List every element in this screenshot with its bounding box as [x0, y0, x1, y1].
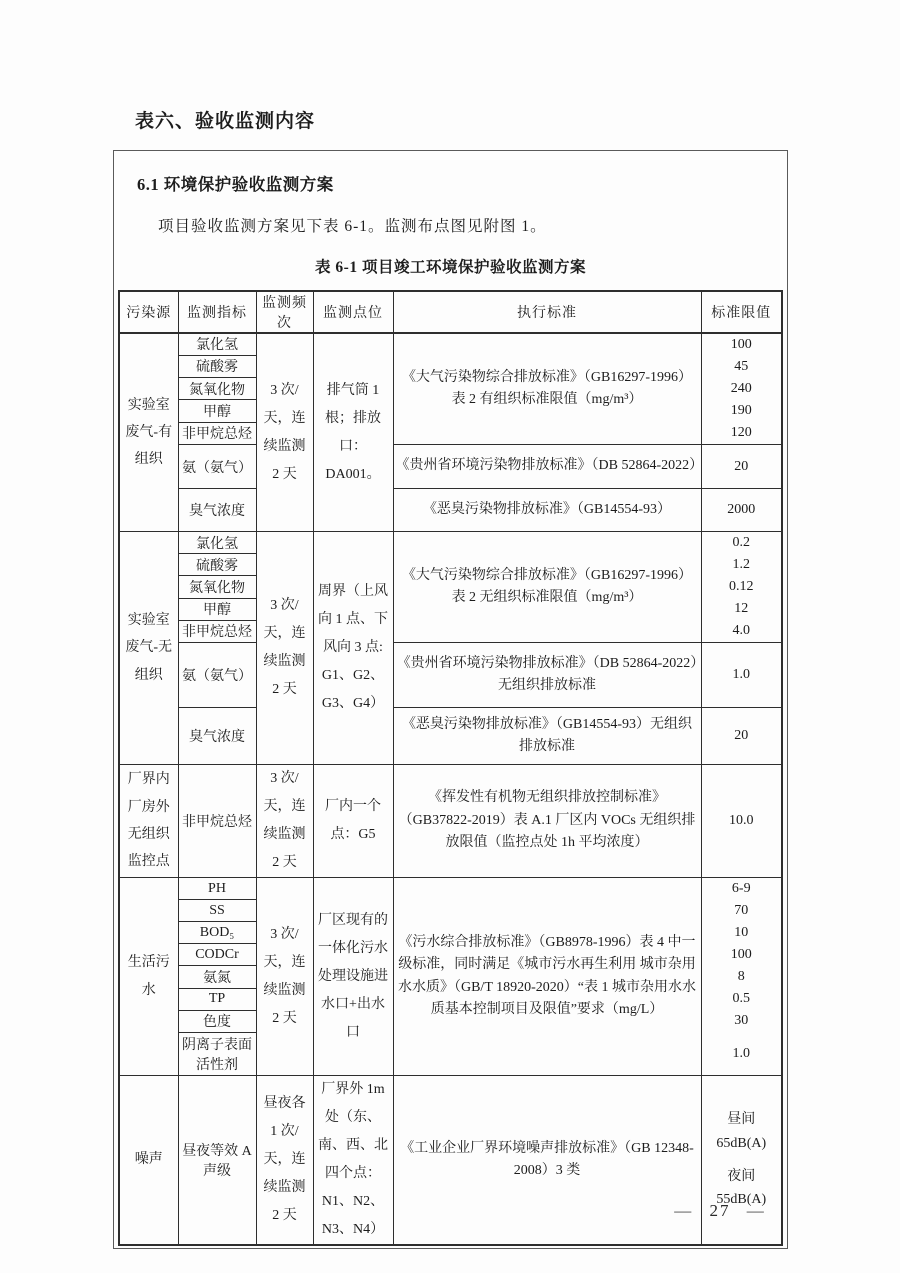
location-cell: 厂区现有的一体化污水处理设施进水口+出水口: [313, 878, 393, 1076]
limit-value: 12: [704, 598, 780, 620]
standard-cell: 《挥发性有机物无组织排放控制标准》（GB37822-2019）表 A.1 厂区内…: [393, 765, 701, 878]
table-row: 氨（氨气） 《贵州省环境污染物排放标准》（DB 52864-2022） 20: [119, 445, 782, 489]
standard-cell: 《恶臭污染物排放标准》（GB14554-93）: [393, 489, 701, 532]
limit-value: 45: [704, 356, 780, 378]
limit-value: 0.2: [704, 532, 780, 554]
content-box: 6.1 环境保护验收监测方案 项目验收监测方案见下表 6-1。监测布点图见附图 …: [113, 150, 788, 1249]
limit-value: 240: [704, 378, 780, 400]
limit-value: 190: [704, 400, 780, 422]
section-title: 表六、验收监测内容: [135, 106, 315, 133]
limit-value: 70: [704, 900, 780, 922]
column-header-indicator: 监测指标: [178, 291, 256, 333]
limit-value: 1.0: [704, 1032, 780, 1075]
limit-value: 4.0: [704, 620, 780, 642]
location-cell: 厂界外 1m 处（东、南、西、北四个点：N1、N2、N3、N4）: [313, 1076, 393, 1246]
source-cell: 噪声: [119, 1076, 178, 1246]
limit-value-day: 昼间 65dB(A): [704, 1108, 780, 1156]
location-cell: 厂内一个点：G5: [313, 765, 393, 878]
indicator-cell: SS: [178, 900, 256, 922]
document-page: { "page": { "section_title": "表六、验收监测内容"…: [0, 0, 900, 1273]
table-row: 臭气浓度 《恶臭污染物排放标准》（GB14554-93）无组织排放标准 20: [119, 708, 782, 765]
limit-value: 0.12: [704, 576, 780, 598]
indicator-cell: 氨（氨气）: [178, 445, 256, 489]
table-row: 氨（氨气） 《贵州省环境污染物排放标准》（DB 52864-2022）无组织排放…: [119, 643, 782, 708]
column-header-location: 监测点位: [313, 291, 393, 333]
frequency-cell: 3 次/天，连续监测 2 天: [256, 333, 313, 532]
location-cell: 排气筒 1 根；排放口：DA001。: [313, 333, 393, 532]
table-row: 生活污水 PH 3 次/天，连续监测 2 天 厂区现有的一体化污水处理设施进水口…: [119, 878, 782, 900]
source-cell: 实验室废气-有组织: [119, 333, 178, 532]
standard-cell: 《大气污染物综合排放标准》（GB16297-1996）表 2 有组织标准限值（m…: [393, 333, 701, 445]
indicator-cell: 阴离子表面活性剂: [178, 1032, 256, 1075]
indicator-cell: 昼夜等效 A 声级: [178, 1076, 256, 1246]
limit-cell: 1.0: [701, 643, 782, 708]
limit-cell: 20: [701, 445, 782, 489]
source-cell: 生活污水: [119, 878, 178, 1076]
limit-cell: 2000: [701, 489, 782, 532]
indicator-cell: TP: [178, 988, 256, 1010]
standard-cell: 《贵州省环境污染物排放标准》（DB 52864-2022）无组织排放标准: [393, 643, 701, 708]
indicator-cell: 非甲烷总烃: [178, 620, 256, 642]
limit-value: 30: [704, 1010, 780, 1032]
indicator-cell: 氮氧化物: [178, 378, 256, 400]
table-header-row: 污染源 监测指标 监测频次 监测点位 执行标准 标准限值: [119, 291, 782, 333]
source-cell: 实验室废气-无组织: [119, 532, 178, 765]
subsection-title: 6.1 环境保护验收监测方案: [137, 171, 787, 195]
table-row: 实验室废气-有组织 氯化氢 3 次/天，连续监测 2 天 排气筒 1 根；排放口…: [119, 333, 782, 355]
indicator-cell: 甲醇: [178, 598, 256, 620]
indicator-cell: 氯化氢: [178, 532, 256, 554]
indicator-cell: CODCr: [178, 944, 256, 966]
limit-value: 8: [704, 966, 780, 988]
source-cell: 厂界内厂房外无组织监控点: [119, 765, 178, 878]
table-row: 实验室废气-无组织 氯化氢 3 次/天，连续监测 2 天 周界（上风向 1 点、…: [119, 532, 782, 554]
indicator-cell: 硫酸雾: [178, 554, 256, 576]
page-footer: — 27 —: [640, 1201, 800, 1221]
footer-right-dash: —: [747, 1201, 766, 1220]
column-header-source: 污染源: [119, 291, 178, 333]
location-cell: 周界（上风向 1 点、下风向 3 点: G1、G2、G3、G4）: [313, 532, 393, 765]
column-header-frequency: 监测频次: [256, 291, 313, 333]
limit-value: 6-9: [704, 878, 780, 900]
limit-cell: 100 45 240 190 120: [701, 333, 782, 445]
limit-value: 1.2: [704, 554, 780, 576]
indicator-cell: PH: [178, 878, 256, 900]
table-row: 臭气浓度 《恶臭污染物排放标准》（GB14554-93） 2000: [119, 489, 782, 532]
indicator-cell: 臭气浓度: [178, 708, 256, 765]
limit-value: 120: [704, 422, 780, 444]
frequency-cell: 3 次/天，连续监测 2 天: [256, 532, 313, 765]
indicator-cell: 甲醇: [178, 400, 256, 422]
indicator-cell: 非甲烷总烃: [178, 765, 256, 878]
table-caption: 表 6-1 项目竣工环境保护验收监测方案: [114, 255, 787, 277]
indicator-cell: 臭气浓度: [178, 489, 256, 532]
frequency-cell: 3 次/天，连续监测 2 天: [256, 765, 313, 878]
standard-cell: 《恶臭污染物排放标准》（GB14554-93）无组织排放标准: [393, 708, 701, 765]
page-number: 27: [710, 1201, 731, 1220]
indicator-cell: 色度: [178, 1010, 256, 1032]
limit-cell: 0.2 1.2 0.12 12 4.0: [701, 532, 782, 643]
footer-left-dash: —: [674, 1201, 693, 1220]
table-row: 厂界内厂房外无组织监控点 非甲烷总烃 3 次/天，连续监测 2 天 厂内一个点：…: [119, 765, 782, 878]
indicator-cell: BOD₅: [178, 922, 256, 944]
standard-cell: 《贵州省环境污染物排放标准》（DB 52864-2022）: [393, 445, 701, 489]
intro-paragraph: 项目验收监测方案见下表 6-1。监测布点图见附图 1。: [158, 214, 787, 236]
limit-value: 0.5: [704, 988, 780, 1010]
column-header-limit: 标准限值: [701, 291, 782, 333]
indicator-cell: 氯化氢: [178, 333, 256, 355]
limit-cell: 10.0: [701, 765, 782, 878]
indicator-cell: 硫酸雾: [178, 355, 256, 377]
limit-cell: 20: [701, 708, 782, 765]
limit-value: 100: [704, 944, 780, 966]
frequency-cell: 3 次/天，连续监测 2 天: [256, 878, 313, 1076]
column-header-standard: 执行标准: [393, 291, 701, 333]
indicator-cell: 氨氮: [178, 966, 256, 988]
indicator-cell: 非甲烷总烃: [178, 422, 256, 444]
standard-cell: 《污水综合排放标准》（GB8978-1996）表 4 中一级标准，同时满足《城市…: [393, 878, 701, 1076]
indicator-cell: 氮氧化物: [178, 576, 256, 598]
standard-cell: 《大气污染物综合排放标准》（GB16297-1996）表 2 无组织标准限值（m…: [393, 532, 701, 643]
monitoring-plan-table: 污染源 监测指标 监测频次 监测点位 执行标准 标准限值 实验室废气-有组织 氯…: [118, 290, 783, 1246]
frequency-cell: 昼夜各 1 次/天，连续监测 2 天: [256, 1076, 313, 1246]
limit-value: 10: [704, 922, 780, 944]
limit-value: 100: [704, 334, 780, 356]
limit-cell: 6-9 70 10 100 8 0.5 30 1.0: [701, 878, 782, 1076]
indicator-cell: 氨（氨气）: [178, 643, 256, 708]
